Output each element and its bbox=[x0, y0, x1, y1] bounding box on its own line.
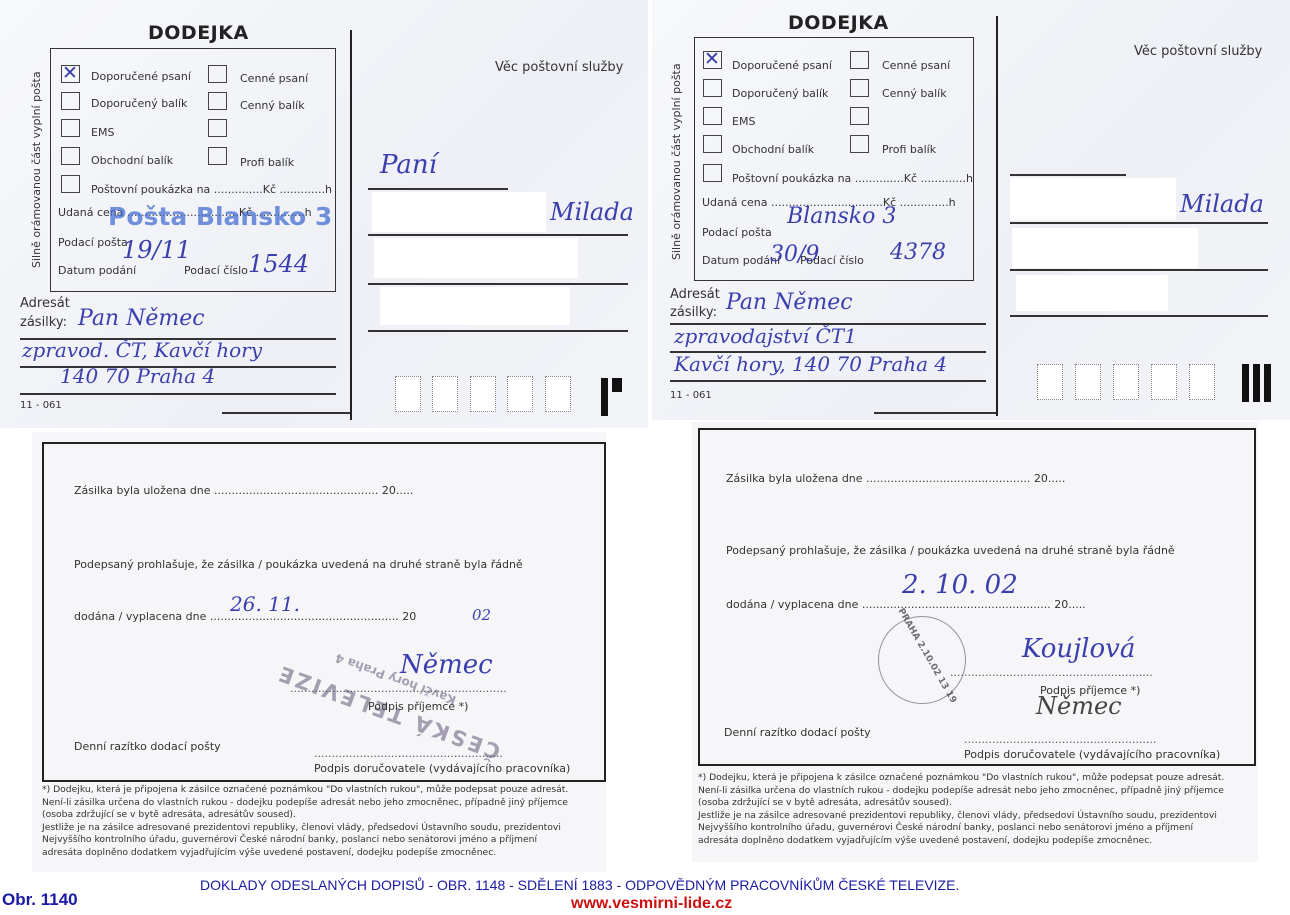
checkbox-label: EMS bbox=[732, 115, 755, 128]
vertical-note: Silně orámovanou část vyplní pošta bbox=[30, 71, 43, 268]
handwritten-date: 19/11 bbox=[122, 236, 191, 264]
figure-caption: DOKLADY ODESLANÝCH DOPISŮ - OBR. 1148 - … bbox=[200, 877, 959, 893]
address-line bbox=[1010, 315, 1268, 317]
ulozena-line: Zásilka byla uložena dne ...............… bbox=[726, 472, 1065, 485]
podaci-posta-label: Podací pošta bbox=[702, 226, 772, 239]
checkbox-profi-balik[interactable] bbox=[850, 135, 869, 153]
adresat-label: zásilky: bbox=[20, 315, 67, 330]
footnote: *) Dodejku, která je připojena k zásilce… bbox=[698, 772, 1254, 848]
checkbox-label: EMS bbox=[91, 126, 114, 139]
card-title: DODEJKA bbox=[148, 22, 249, 44]
handwritten-signature-2: Němec bbox=[1036, 692, 1122, 720]
dodejka-back-2: Zásilka byla uložena dne ...............… bbox=[692, 422, 1258, 862]
checkbox-obchodni-balik[interactable] bbox=[61, 147, 80, 165]
footnote-line: Nejvyššího kontrolního úřadu, guvernérov… bbox=[698, 822, 1254, 835]
checkbox-label: Doporučené psaní bbox=[91, 70, 191, 83]
post-office-round-stamp: PRAHA 2.10.02 13 19 bbox=[878, 616, 966, 704]
podpis-prijemce-label: Podpis příjemce *) bbox=[368, 700, 468, 713]
footnote-line: (osoba zdržující se v bytě adresáta, adr… bbox=[698, 797, 1254, 810]
prohlasuje-line: Podepsaný prohlašuje, že zásilka / pouká… bbox=[74, 558, 523, 571]
form-code: 11 - 061 bbox=[20, 400, 62, 411]
handwritten-delivery-date: 2. 10. 02 bbox=[902, 570, 1018, 600]
podaci-posta-label: Podací pošta bbox=[58, 236, 128, 249]
handwritten-year: 02 bbox=[472, 606, 491, 624]
address-line bbox=[368, 330, 628, 332]
postcode-box bbox=[1037, 364, 1063, 400]
postcode-box bbox=[432, 376, 458, 412]
checkbox-profi-balik[interactable] bbox=[208, 147, 227, 165]
checkbox-label: Cenné psaní bbox=[882, 59, 950, 72]
checkbox-doporucene-psani[interactable] bbox=[61, 65, 80, 83]
post-office-stamp: Pošta Blansko 3 bbox=[108, 202, 332, 231]
postcode-box bbox=[470, 376, 496, 412]
form-code: 11 - 061 bbox=[670, 390, 712, 401]
barcode-marks bbox=[601, 378, 622, 416]
dodejka-back-1: Zásilka byla uložena dne ...............… bbox=[32, 432, 606, 872]
handwritten-delivery-date: 26. 11. bbox=[230, 592, 300, 616]
address-line bbox=[1010, 269, 1268, 271]
website-url[interactable]: www.vesmirni-lide.cz bbox=[571, 895, 732, 913]
handwritten-date: 30/9 bbox=[770, 242, 819, 267]
divider bbox=[222, 412, 350, 414]
ulozena-line: Zásilka byla uložena dne ...............… bbox=[74, 484, 413, 497]
prohlasuje-line: Podepsaný prohlašuje, že zásilka / pouká… bbox=[726, 544, 1175, 557]
checkbox-doporuceny-balik[interactable] bbox=[61, 92, 80, 110]
checkbox-label: Profi balík bbox=[882, 143, 936, 156]
checkbox-doporuceny-balik[interactable] bbox=[703, 79, 722, 97]
checkbox-postovni-poukazka[interactable] bbox=[61, 175, 80, 193]
footnote-line: Nejvyššího kontrolního úřadu, guvernérov… bbox=[42, 834, 602, 847]
checkbox-label: Obchodní balík bbox=[91, 154, 173, 167]
redacted-name bbox=[372, 192, 546, 232]
checkbox-doporucene-psani[interactable] bbox=[703, 51, 722, 69]
checkbox-label: Cenný balík bbox=[882, 87, 947, 100]
postcode-box bbox=[395, 376, 421, 412]
footnote-line: *) Dodejku, která je připojena k zásilce… bbox=[42, 784, 602, 797]
checkbox-label: Doporučené psaní bbox=[732, 59, 832, 72]
handwritten-number: 4378 bbox=[890, 240, 946, 265]
adresat-label: Adresát bbox=[20, 296, 70, 311]
checkbox-label: Obchodní balík bbox=[732, 143, 814, 156]
footnote-line: *) Dodejku, která je připojena k zásilce… bbox=[698, 772, 1254, 785]
handwritten-address-2: zpravod. ČT, Kavčí hory bbox=[22, 338, 262, 362]
handwritten-address-1: Pan Němec bbox=[78, 306, 205, 331]
redacted-city bbox=[380, 287, 570, 325]
signature-dots: ........................................… bbox=[964, 733, 1156, 746]
figure-label: Obr. 1140 bbox=[2, 890, 78, 910]
checkbox-label: Doporučený balík bbox=[732, 87, 828, 100]
checkbox-postovni-poukazka[interactable] bbox=[703, 164, 722, 182]
handwritten-post-office: Blansko 3 bbox=[787, 204, 896, 229]
divider bbox=[996, 16, 998, 416]
service-label: Věc poštovní služby bbox=[495, 60, 623, 75]
redacted-street bbox=[1012, 228, 1198, 268]
podpis-dorucovatele-label: Podpis doručovatele (vydávajícího pracov… bbox=[964, 748, 1220, 761]
checkbox-label: Poštovní poukázka na ..............Kč ..… bbox=[91, 183, 332, 196]
checkbox-obchodni-balik[interactable] bbox=[703, 135, 722, 153]
address-line bbox=[1010, 174, 1126, 176]
address-line bbox=[20, 393, 336, 395]
podaci-cislo-label: Podací číslo bbox=[184, 264, 248, 277]
adresat-label: zásilky: bbox=[670, 305, 717, 320]
podpis-dorucovatele-label: Podpis doručovatele (vydávajícího pracov… bbox=[314, 762, 570, 775]
dodejka-front-2: DODEJKA Silně orámovanou část vyplní poš… bbox=[652, 0, 1290, 420]
handwritten-recipient-title: Paní bbox=[380, 150, 437, 180]
checkbox-blank[interactable] bbox=[208, 119, 227, 137]
checkbox-label: Doporučený balík bbox=[91, 97, 187, 110]
footnote-line: Není-li zásilka určena do vlastních ruko… bbox=[42, 797, 602, 810]
adresat-label: Adresát bbox=[670, 287, 720, 302]
checkbox-label: Poštovní poukázka na ..............Kč ..… bbox=[732, 172, 973, 185]
footnote-line: Jestliže je na zásilce adresované prezid… bbox=[42, 822, 602, 835]
handwritten-number: 1544 bbox=[248, 250, 309, 278]
denni-razitko-label: Denní razítko dodací pošty bbox=[724, 726, 871, 739]
address-line bbox=[1010, 222, 1268, 224]
handwritten-first-name: Milada bbox=[550, 198, 634, 226]
checkbox-label: Cenný balík bbox=[240, 99, 305, 112]
address-line bbox=[368, 188, 508, 190]
handwritten-address-2: zpravodajství ČT1 bbox=[674, 324, 857, 348]
address-line bbox=[670, 380, 986, 382]
signature-dots: ........................................… bbox=[290, 682, 507, 695]
address-line bbox=[368, 234, 628, 236]
handwritten-address-3: 140 70 Praha 4 bbox=[60, 364, 215, 388]
checkbox-cenne-psani[interactable] bbox=[850, 51, 869, 69]
redacted-city bbox=[1016, 275, 1168, 311]
postcode-box bbox=[507, 376, 533, 412]
footnote-line: Jestliže je na zásilce adresované prezid… bbox=[698, 810, 1254, 823]
vertical-note: Silně orámovanou část vyplní pošta bbox=[670, 63, 683, 260]
postcode-box bbox=[1189, 364, 1215, 400]
checkbox-ems[interactable] bbox=[703, 107, 722, 125]
checkbox-cenne-psani[interactable] bbox=[208, 65, 227, 83]
barcode-marks bbox=[1242, 364, 1271, 402]
postcode-box bbox=[1151, 364, 1177, 400]
footnote-line: Není-li zásilka určena do vlastních ruko… bbox=[698, 785, 1254, 798]
signature-dots: ........................................… bbox=[950, 666, 1153, 679]
checkbox-label: Cenné psaní bbox=[240, 72, 308, 85]
handwritten-first-name: Milada bbox=[1180, 190, 1264, 218]
denni-razitko-label: Denní razítko dodací pošty bbox=[74, 740, 221, 753]
card-title: DODEJKA bbox=[788, 12, 889, 34]
postcode-box bbox=[1113, 364, 1139, 400]
footnote: *) Dodejku, která je připojena k zásilce… bbox=[42, 784, 602, 860]
footnote-line: adresáta doplněno dodatkem vyjadřujícím … bbox=[42, 847, 602, 860]
redacted-street bbox=[374, 238, 578, 278]
checkbox-label: Profi balík bbox=[240, 156, 294, 169]
divider bbox=[874, 412, 996, 414]
dodejka-front-1: DODEJKA Silně orámovanou část vyplní poš… bbox=[0, 0, 648, 428]
redacted-name bbox=[1010, 178, 1176, 220]
checkbox-cenny-balik[interactable] bbox=[850, 79, 869, 97]
handwritten-signature: Němec bbox=[400, 650, 493, 680]
divider bbox=[350, 30, 352, 420]
footnote-line: (osoba zdržující se v bytě adresáta, adr… bbox=[42, 809, 602, 822]
checkbox-blank[interactable] bbox=[850, 107, 869, 125]
address-line bbox=[368, 283, 628, 285]
checkbox-ems[interactable] bbox=[61, 119, 80, 137]
datum-podani-label: Datum podání bbox=[58, 264, 136, 277]
service-label: Věc poštovní služby bbox=[1134, 44, 1262, 59]
footnote-line: adresáta doplněno dodatkem vyjadřujícím … bbox=[698, 835, 1254, 848]
checkbox-cenny-balik[interactable] bbox=[208, 92, 227, 110]
signature-dots: ........................................… bbox=[314, 747, 503, 760]
handwritten-address-1: Pan Němec bbox=[726, 290, 853, 315]
handwritten-signature-1: Koujlová bbox=[1022, 634, 1135, 664]
postcode-box bbox=[1075, 364, 1101, 400]
datum-podani-label: Datum podání bbox=[702, 254, 780, 267]
postcode-box bbox=[545, 376, 571, 412]
handwritten-address-3: Kavčí hory, 140 70 Praha 4 bbox=[674, 352, 947, 376]
